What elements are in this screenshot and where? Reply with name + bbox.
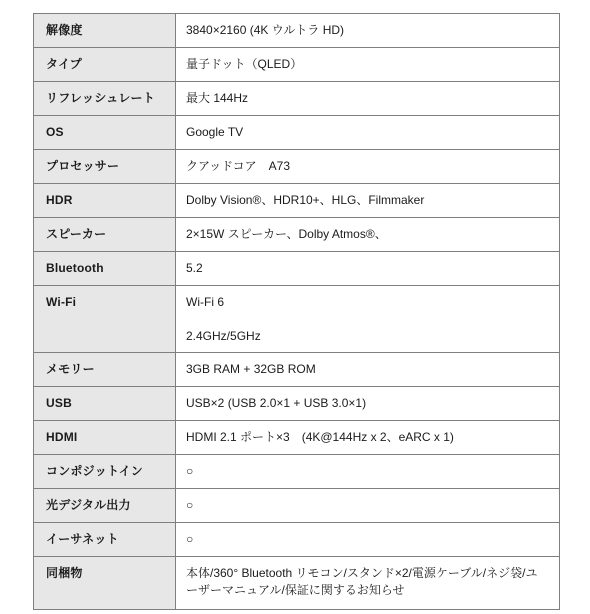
spec-label: 光デジタル出力 bbox=[34, 489, 176, 523]
spec-value: 本体/360° Bluetooth リモコン/スタンド×2/電源ケーブル/ネジ袋… bbox=[176, 557, 560, 610]
spec-label: タイプ bbox=[34, 48, 176, 82]
spec-label: Wi-Fi bbox=[34, 286, 176, 353]
spec-value: 3GB RAM + 32GB ROM bbox=[176, 353, 560, 387]
spec-table-body: 解像度 3840×2160 (4K ウルトラ HD) タイプ 量子ドット（QLE… bbox=[34, 14, 560, 610]
spec-table: 解像度 3840×2160 (4K ウルトラ HD) タイプ 量子ドット（QLE… bbox=[33, 13, 560, 610]
spec-table-container: 解像度 3840×2160 (4K ウルトラ HD) タイプ 量子ドット（QLE… bbox=[33, 13, 560, 610]
spec-value: 2×15W スピーカー、Dolby Atmos®、 bbox=[176, 218, 560, 252]
table-row-bluetooth: Bluetooth 5.2 bbox=[34, 252, 560, 286]
spec-value: 5.2 bbox=[176, 252, 560, 286]
table-row-memory: メモリー 3GB RAM + 32GB ROM bbox=[34, 353, 560, 387]
spec-value: Dolby Vision®、HDR10+、HLG、Filmmaker bbox=[176, 184, 560, 218]
spec-label: OS bbox=[34, 116, 176, 150]
spec-label: 同梱物 bbox=[34, 557, 176, 610]
table-row-optical-digital-out: 光デジタル出力 ○ bbox=[34, 489, 560, 523]
table-row-ethernet: イーサネット ○ bbox=[34, 523, 560, 557]
spec-label: 解像度 bbox=[34, 14, 176, 48]
spec-value: クアッドコア A73 bbox=[176, 150, 560, 184]
spec-label: コンポジットイン bbox=[34, 455, 176, 489]
table-row-usb: USB USB×2 (USB 2.0×1 + USB 3.0×1) bbox=[34, 387, 560, 421]
table-row-type: タイプ 量子ドット（QLED） bbox=[34, 48, 560, 82]
spec-label: メモリー bbox=[34, 353, 176, 387]
spec-value: Wi-Fi 6 2.4GHz/5GHz bbox=[176, 286, 560, 353]
spec-value: USB×2 (USB 2.0×1 + USB 3.0×1) bbox=[176, 387, 560, 421]
table-row-os: OS Google TV bbox=[34, 116, 560, 150]
spec-label: USB bbox=[34, 387, 176, 421]
spec-label: プロセッサー bbox=[34, 150, 176, 184]
spec-label: スピーカー bbox=[34, 218, 176, 252]
spec-label: HDMI bbox=[34, 421, 176, 455]
spec-value: 量子ドット（QLED） bbox=[176, 48, 560, 82]
spec-label: イーサネット bbox=[34, 523, 176, 557]
table-row-included-items: 同梱物 本体/360° Bluetooth リモコン/スタンド×2/電源ケーブル… bbox=[34, 557, 560, 610]
table-row-refresh-rate: リフレッシュレート 最大 144Hz bbox=[34, 82, 560, 116]
spec-value: 最大 144Hz bbox=[176, 82, 560, 116]
table-row-resolution: 解像度 3840×2160 (4K ウルトラ HD) bbox=[34, 14, 560, 48]
spec-value: ○ bbox=[176, 489, 560, 523]
spec-value: 3840×2160 (4K ウルトラ HD) bbox=[176, 14, 560, 48]
spec-label: HDR bbox=[34, 184, 176, 218]
spec-label: Bluetooth bbox=[34, 252, 176, 286]
spec-value: ○ bbox=[176, 455, 560, 489]
spec-value: Google TV bbox=[176, 116, 560, 150]
spec-value: ○ bbox=[176, 523, 560, 557]
table-row-composite-in: コンポジットイン ○ bbox=[34, 455, 560, 489]
table-row-hdmi: HDMI HDMI 2.1 ポート×3 (4K@144Hz x 2、eARC x… bbox=[34, 421, 560, 455]
table-row-speaker: スピーカー 2×15W スピーカー、Dolby Atmos®、 bbox=[34, 218, 560, 252]
table-row-hdr: HDR Dolby Vision®、HDR10+、HLG、Filmmaker bbox=[34, 184, 560, 218]
table-row-processor: プロセッサー クアッドコア A73 bbox=[34, 150, 560, 184]
table-row-wifi: Wi-Fi Wi-Fi 6 2.4GHz/5GHz bbox=[34, 286, 560, 353]
spec-label: リフレッシュレート bbox=[34, 82, 176, 116]
spec-value: HDMI 2.1 ポート×3 (4K@144Hz x 2、eARC x 1) bbox=[176, 421, 560, 455]
